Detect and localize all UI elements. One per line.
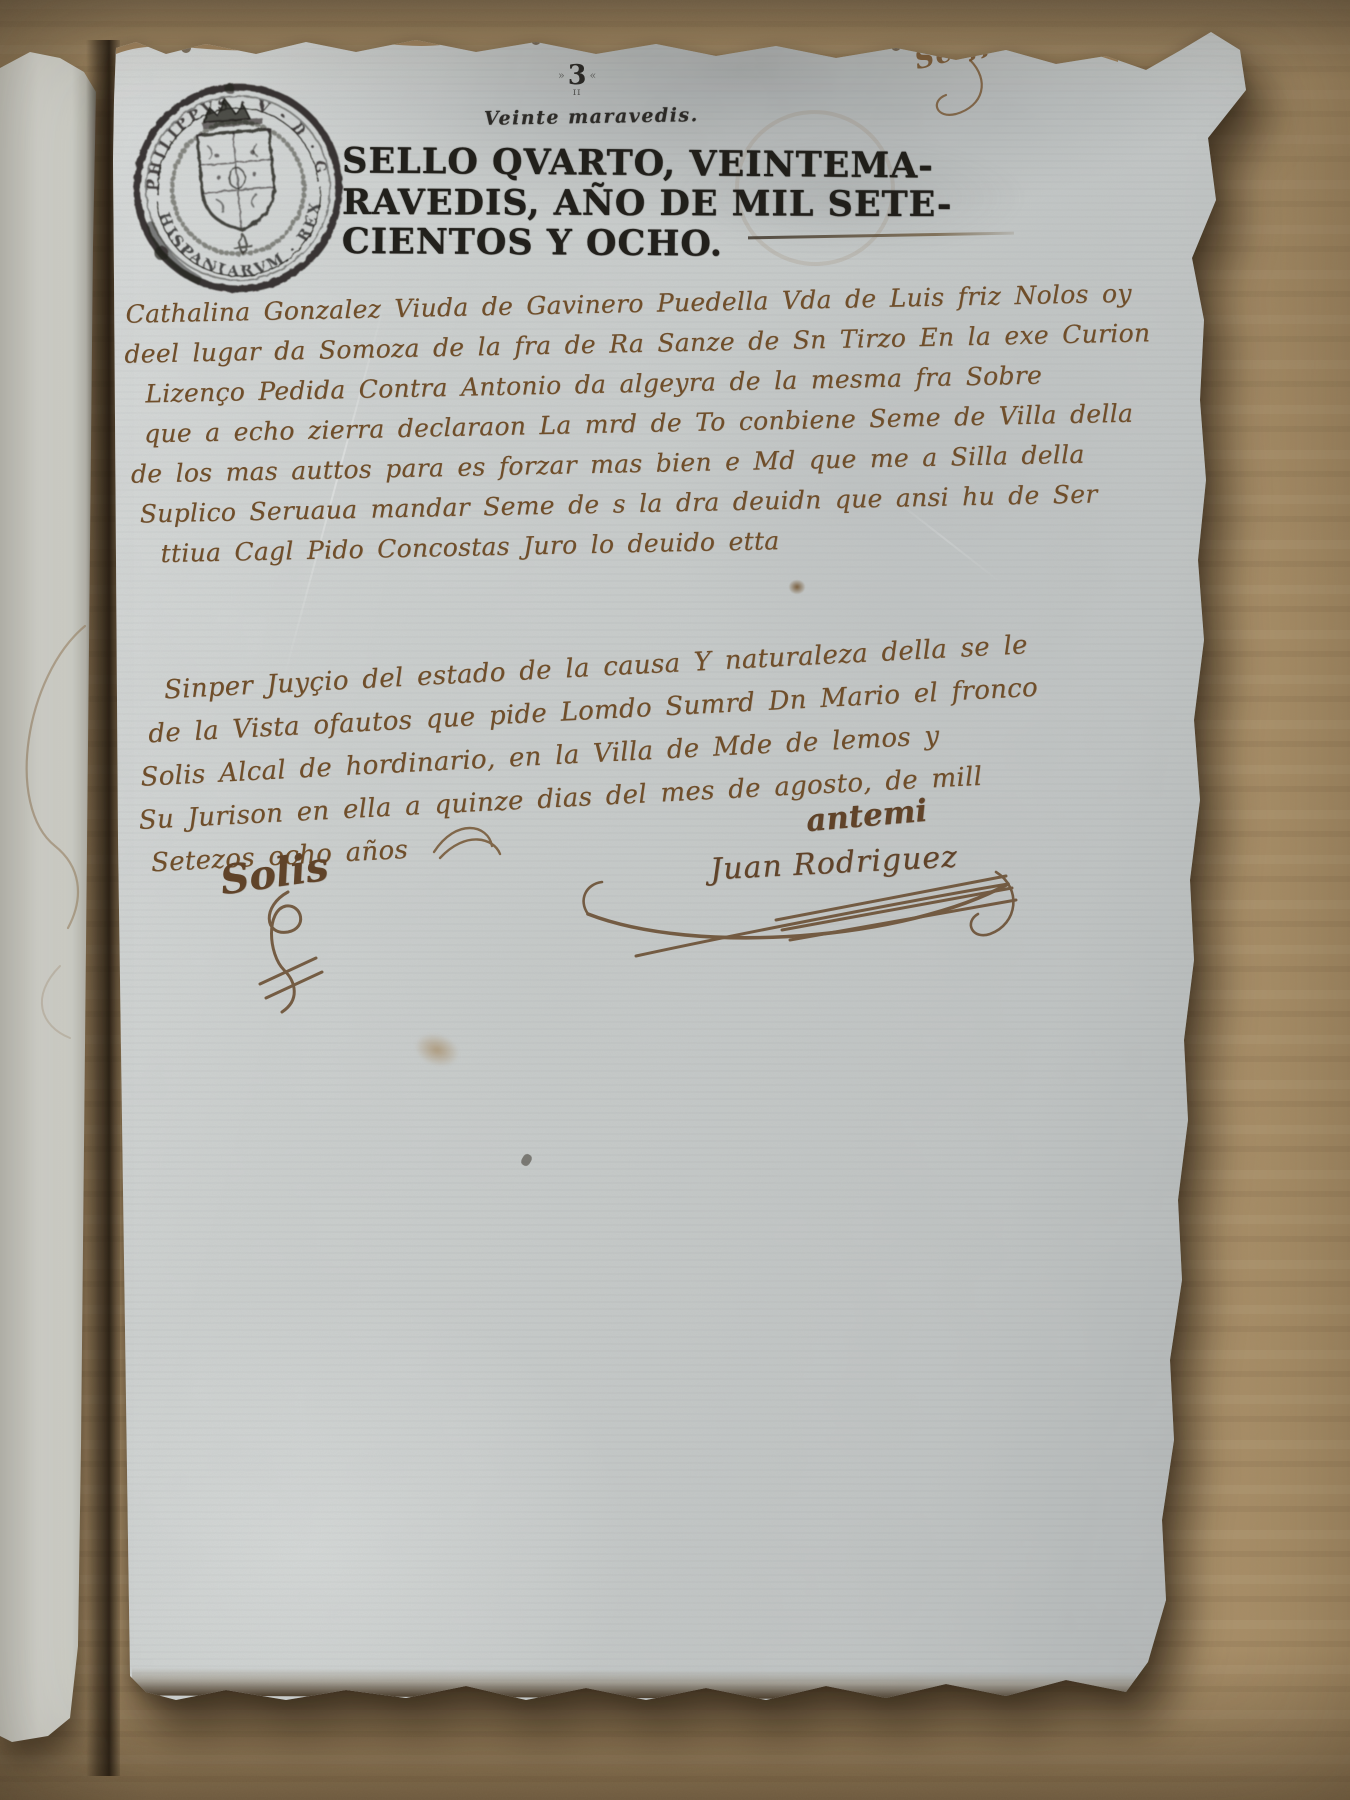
folio-sub-mark: ɪɪ (573, 87, 581, 98)
folio-mark: » 3 « ɪɪ (558, 60, 596, 98)
corner-inscription-flourish (906, 54, 998, 126)
handwritten-paragraph-1: Cathalina Gonzalez Viuda de Gavinero Pue… (123, 273, 1159, 575)
previous-page-edge (0, 46, 100, 1752)
showthrough-ink-flourish (0, 566, 100, 1046)
document-page: PHILIPPVS · V · D · G HISPANIARVM · REX (106, 20, 1248, 1720)
folio-ornament-icon: » (558, 69, 565, 82)
bottom-deckle-edge (132, 1667, 1136, 1700)
heading-line-3: CIENTOS Y OCHO. (342, 222, 953, 266)
paper-sheet: PHILIPPVS · V · D · G HISPANIARVM · REX (106, 20, 1248, 1720)
ink-speck (520, 1153, 534, 1168)
ink-stain (789, 580, 805, 594)
tax-value-line: Veinte maravedis. (484, 104, 699, 130)
previous-page-paper (0, 46, 100, 1752)
alcalde-rubric-flourish (242, 888, 352, 1024)
heading-line-2: RAVEDIS, AÑO DE MIL SETE- (342, 183, 953, 225)
folio-ornament-icon: « (590, 69, 597, 82)
heading-line-1: SELLO QVARTO, VEINTEMA- (342, 141, 953, 186)
royal-seal-stamp-icon: PHILIPPVS · V · D · G HISPANIARVM · REX (110, 56, 368, 320)
amber-stain (410, 1028, 464, 1073)
printed-heading: SELLO QVARTO, VEINTEMA- RAVEDIS, AÑO DE … (342, 143, 953, 265)
manuscript-photo: PHILIPPVS · V · D · G HISPANIARVM · REX (0, 0, 1350, 1800)
